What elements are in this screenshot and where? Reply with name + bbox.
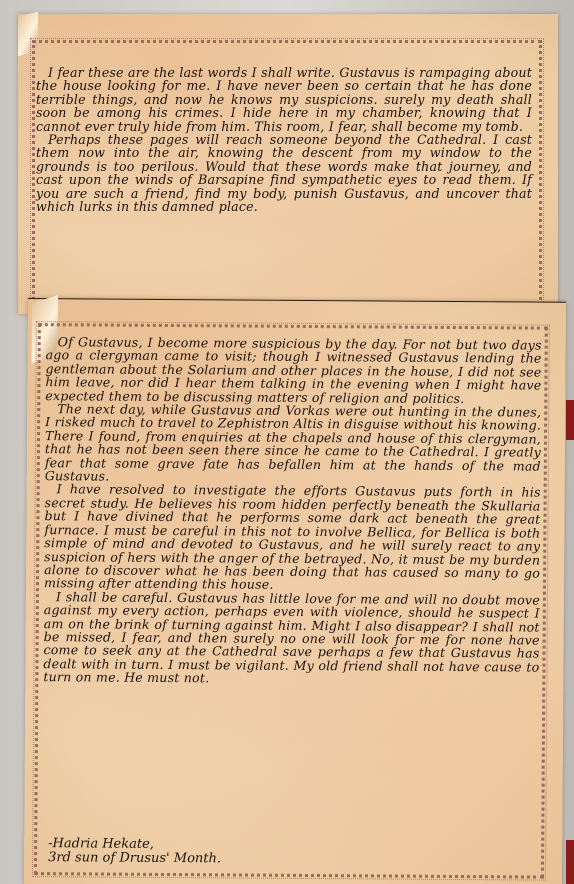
paragraph: The next day, while Gustavus and Vorkas …	[45, 402, 542, 486]
letter-body: Of Gustavus, I become more suspicious by…	[43, 335, 541, 687]
letter-page-2: Of Gustavus, I become more suspicious by…	[24, 298, 566, 884]
paragraph: I fear these are the last words I shall …	[36, 66, 532, 133]
signature-block: -Hadria Hekate, 3rd sun of Drusus' Month…	[48, 837, 221, 866]
letter-page-1: I fear these are the last words I shall …	[18, 14, 558, 314]
background-red-trim	[566, 840, 574, 884]
paragraph: I shall be careful. Gustavus has little …	[43, 590, 540, 687]
paragraph: Of Gustavus, I become more suspicious by…	[45, 335, 541, 405]
paragraph: Perhaps these pages will reach someone b…	[36, 133, 532, 213]
paragraph: I have resolved to investigate the effor…	[44, 483, 541, 594]
signature-date: 3rd sun of Drusus' Month.	[48, 851, 221, 866]
background-red-trim	[566, 400, 574, 440]
letter-body: I fear these are the last words I shall …	[36, 66, 532, 213]
